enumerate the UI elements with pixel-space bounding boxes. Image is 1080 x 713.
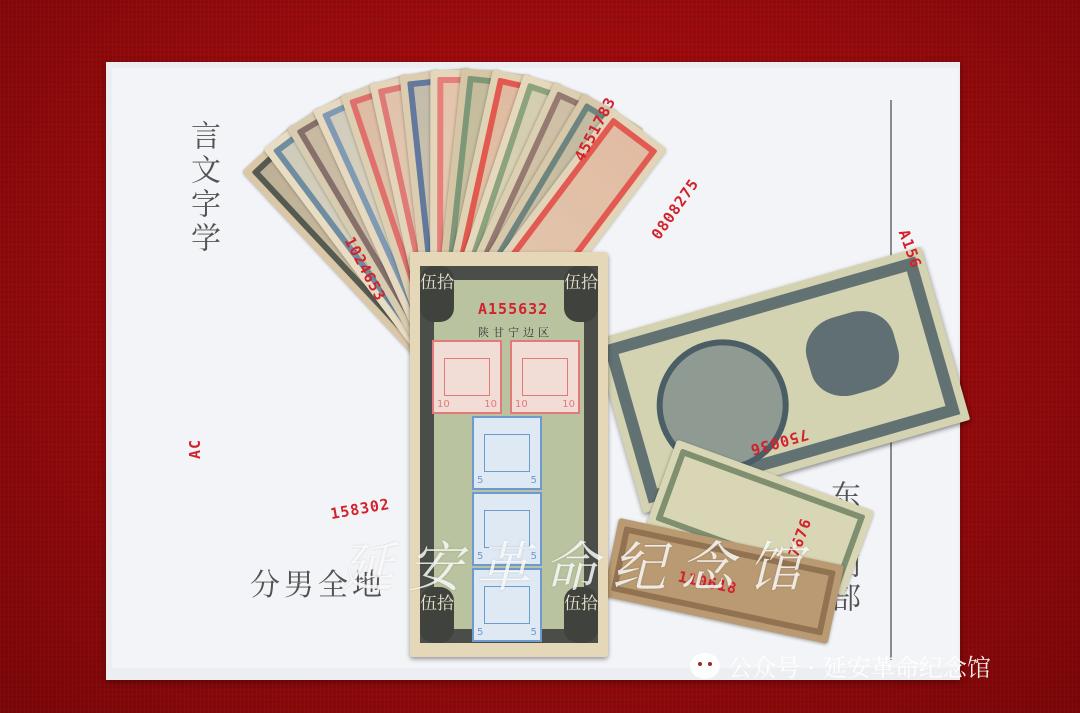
stamp-value: 10	[484, 399, 497, 410]
tax-stamp: 55	[472, 416, 542, 490]
stamp-value: 10	[437, 399, 450, 410]
stamp-value: 5	[477, 475, 483, 486]
denomination-corner: 伍拾	[564, 266, 598, 322]
stamp-value: 5	[531, 475, 537, 486]
note-serial: AC	[186, 439, 204, 459]
wechat-caption: 公众号 · 延安革命纪念馆	[690, 648, 991, 683]
handwriting-left: 言文字学	[180, 120, 224, 256]
stamp-value: 5	[477, 627, 483, 638]
tax-stamp: 1010	[510, 340, 580, 414]
denomination-corner: 伍拾	[420, 266, 454, 322]
stamp-picture	[444, 358, 490, 396]
stamp-value: 5	[531, 627, 537, 638]
stamp-value: 10	[515, 399, 528, 410]
note-header-text: 陕甘宁边区	[478, 324, 553, 340]
caption-text: 公众号 · 延安革命纪念馆	[728, 648, 991, 683]
tax-stamp: 1010	[432, 340, 502, 414]
museum-watermark: 延安革命纪念馆	[340, 525, 816, 602]
stamp-picture	[484, 434, 530, 472]
stamp-picture	[522, 358, 568, 396]
wechat-icon	[690, 653, 720, 679]
note-serial: A155632	[478, 300, 548, 318]
stamp-value: 10	[562, 399, 575, 410]
